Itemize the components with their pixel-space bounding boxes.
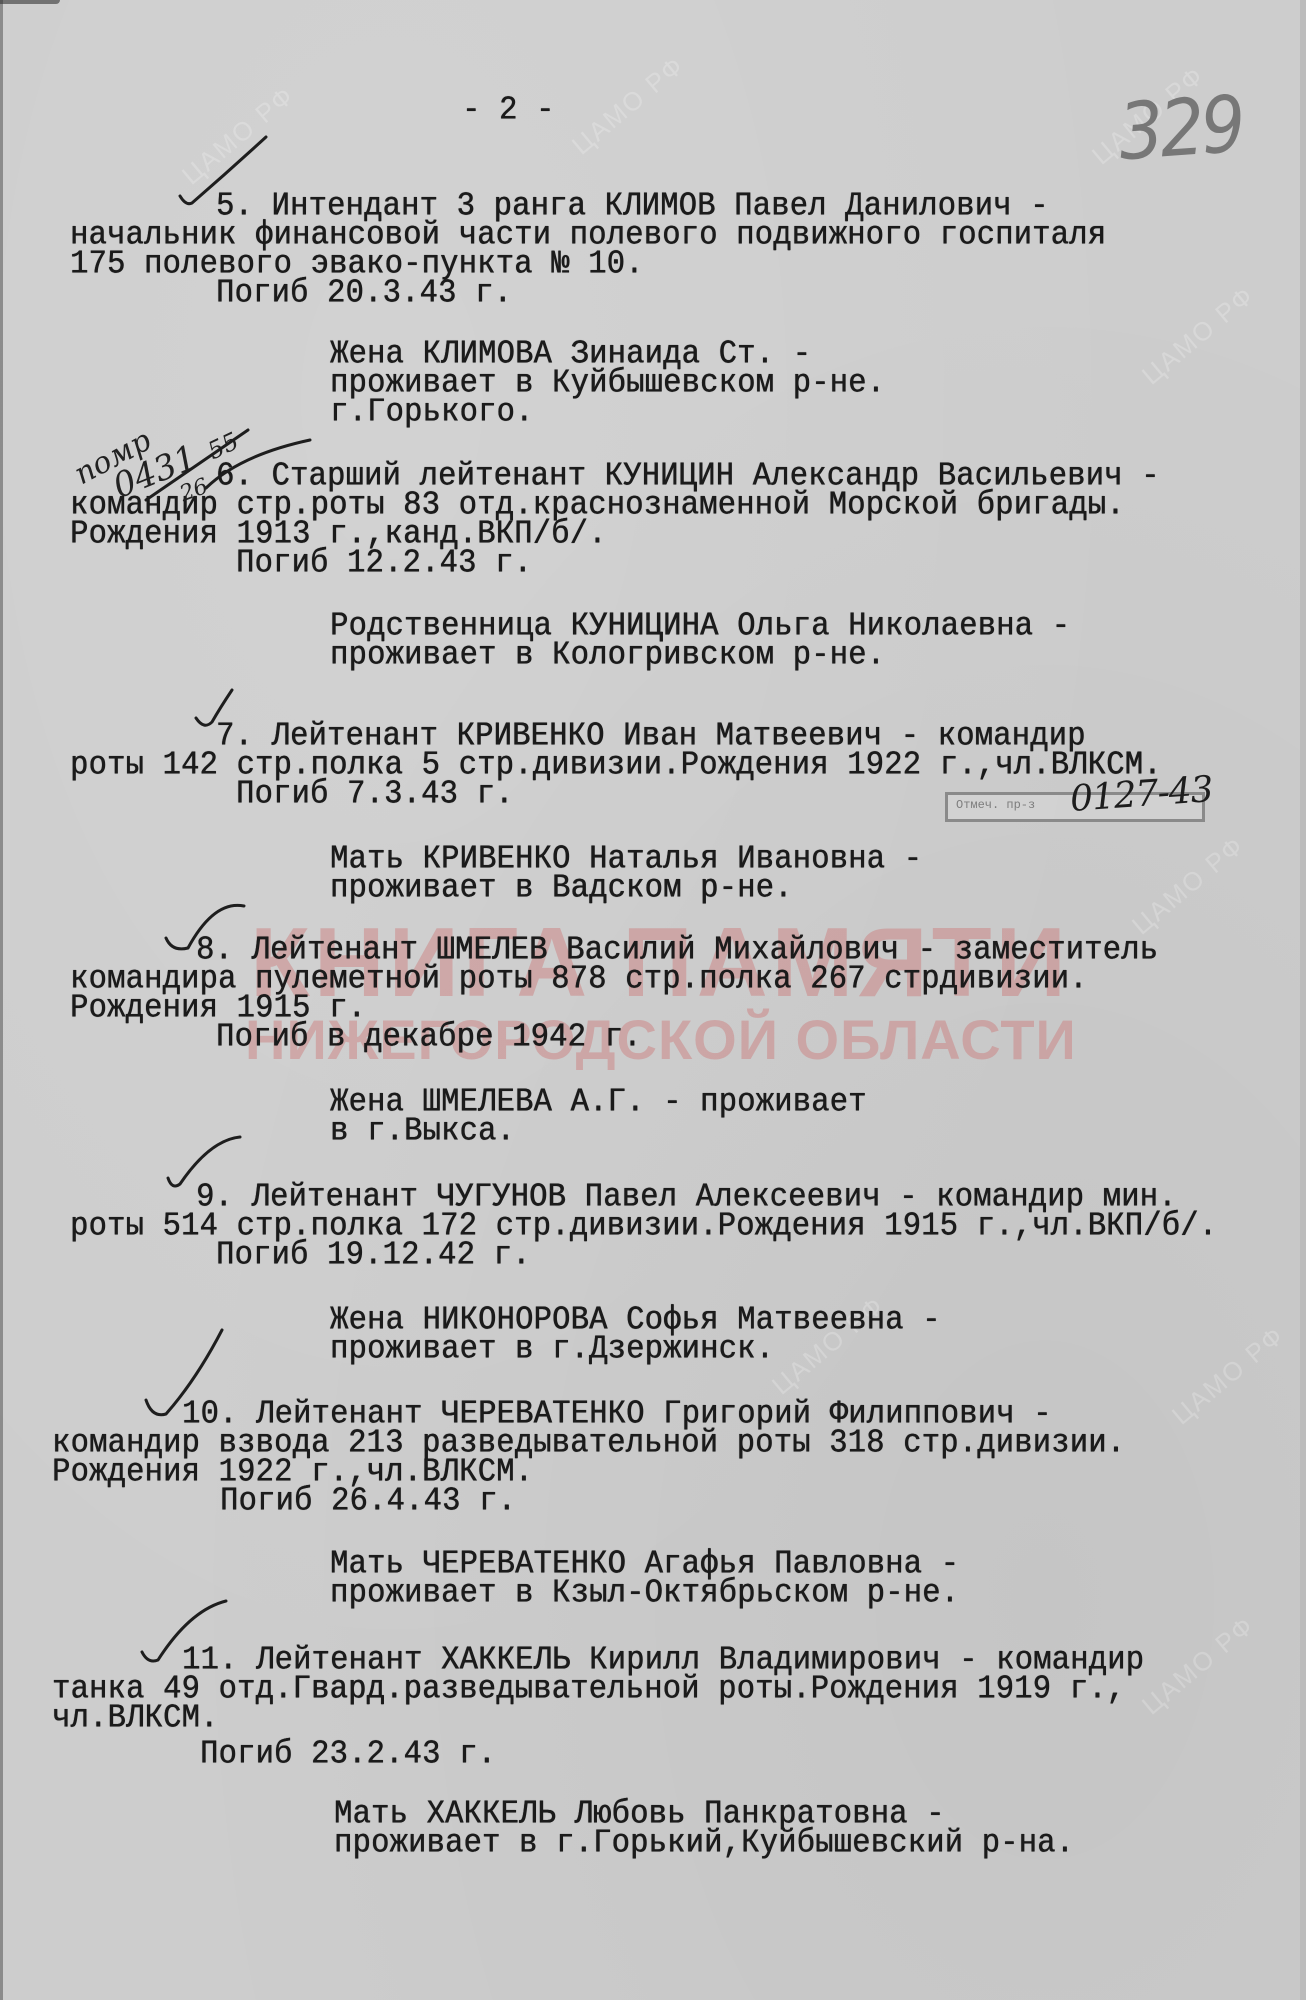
entry-8-relative-2: в г.Выкса. [330, 1117, 515, 1148]
archive-watermark: ЦАМО РФ [1166, 1320, 1290, 1431]
entry-6-death: Погиб 12.2.43 г. [236, 549, 532, 580]
entry-11-line-3: чл.ВЛКСМ. [52, 1704, 219, 1735]
scan-edge-top [0, 0, 60, 4]
stamp-label: Отмеч. пр-з [956, 798, 1035, 812]
scan-edge-left [0, 0, 3, 2000]
entry-7-line-2: роты 142 стр.полка 5 стр.дивизии.Рождени… [70, 751, 1162, 782]
entry-10-relative-2: проживает в Кзыл-Октябрьском р-не. [330, 1579, 959, 1610]
archive-watermark: ЦАМО РФ [1126, 830, 1250, 941]
checkmark-icon [168, 1137, 240, 1186]
entry-7-death: Погиб 7.3.43 г. [236, 780, 514, 811]
entry-11-relative-2: проживает в г.Горький,Куйбышевский р-на. [334, 1829, 1074, 1860]
entry-7-relative-2: проживает в Вадском р-не. [330, 874, 793, 905]
page-number: - 2 - [462, 96, 555, 127]
entry-9-relative-2: проживает в г.Дзержинск. [330, 1335, 774, 1366]
archive-watermark: ЦАМО РФ [1136, 1610, 1260, 1721]
scan-edge-right [1300, 0, 1306, 2000]
entry-5-relative-3: г.Горького. [330, 398, 534, 429]
entry-9-death: Погиб 19.12.42 г. [216, 1241, 531, 1272]
entry-8-death: Погиб в декабре 1942 г. [216, 1023, 642, 1054]
archive-watermark: ЦАМО РФ [1136, 280, 1260, 391]
folio-number-handwritten: 329 [1116, 80, 1245, 178]
entry-11-death: Погиб 23.2.43 г. [200, 1740, 496, 1771]
archive-watermark: ЦАМО РФ [176, 80, 300, 191]
entry-6-relative-2: проживает в Кологривском р-не. [330, 641, 885, 672]
archive-document-page: ЦАМО РФ ЦАМО РФ ЦАМО РФ ЦАМО РФ ЦАМО РФ … [0, 0, 1306, 2000]
entry-5-death: Погиб 20.3.43 г. [216, 279, 512, 310]
entry-10-death: Погиб 26.4.43 г. [220, 1487, 516, 1518]
archive-watermark: ЦАМО РФ [566, 50, 690, 161]
